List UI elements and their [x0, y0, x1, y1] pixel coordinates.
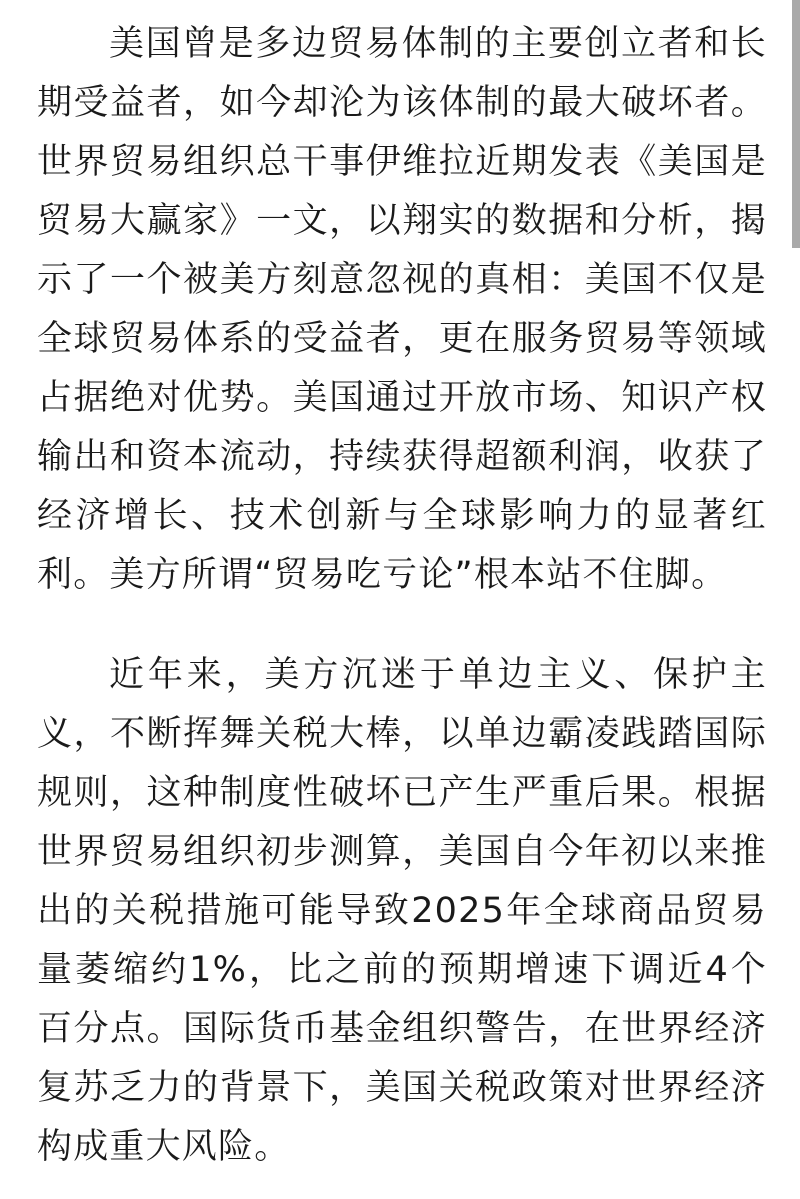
vertical-scrollbar[interactable]: [792, 0, 800, 1199]
article-paragraph-1: 美国曾是多边贸易体制的主要创立者和长期受益者，如今却沦为该体制的最大破坏者。世界…: [37, 15, 767, 605]
article-body: 美国曾是多边贸易体制的主要创立者和长期受益者，如今却沦为该体制的最大破坏者。世界…: [37, 15, 767, 1177]
scrollbar-thumb[interactable]: [792, 0, 800, 248]
article-paragraph-2: 近年来，美方沉迷于单边主义、保护主义，不断挥舞关税大棒，以单边霸凌践踏国际规则，…: [37, 646, 767, 1177]
